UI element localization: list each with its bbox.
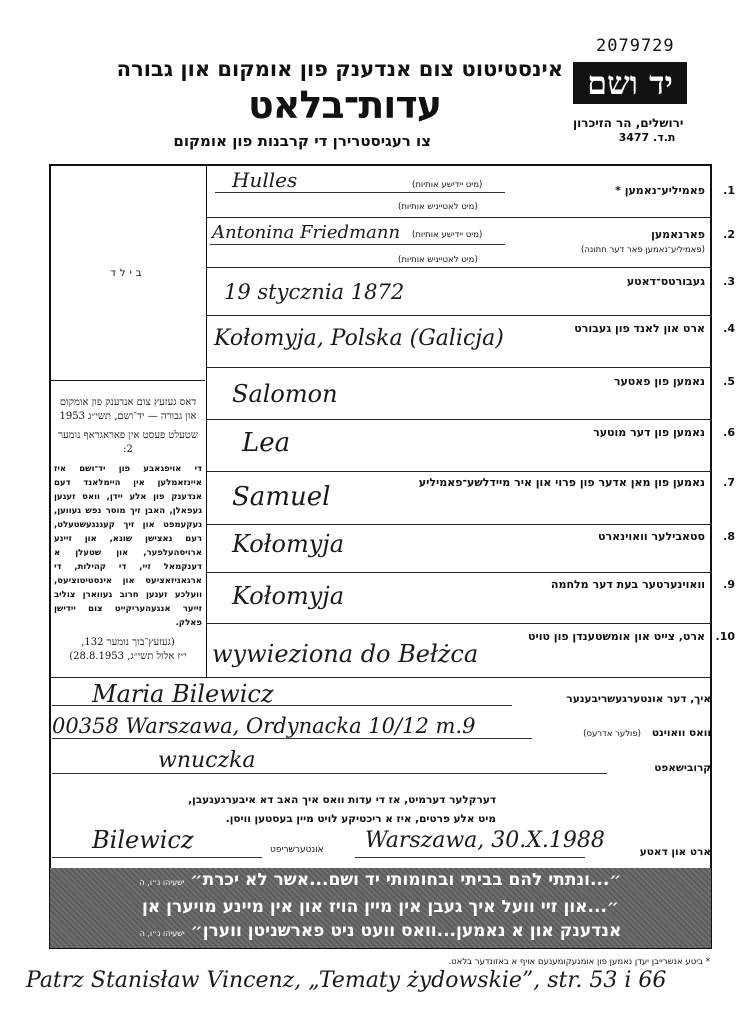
declarant-address-underline — [52, 738, 532, 739]
law-citation-2: י״ז אלול תשי״ג, 28.8.1953) — [54, 650, 202, 664]
place-date-underline — [355, 857, 585, 858]
field-10-divider — [49, 677, 712, 678]
field-7-divider — [207, 472, 712, 525]
declarant-address-hint: (פולער אדרעס) — [583, 729, 641, 739]
law-text-panel: דאס געזעץ צום אנדענק פון אומקום און גבור… — [54, 396, 202, 663]
address-line-2: ת.ד. 3477 — [592, 131, 702, 144]
page-title: עדות־בלאט — [248, 83, 441, 127]
declaration-statement-2: מיט אלע פרטים, איז א ריכטיקע לויט מיין ב… — [226, 813, 496, 825]
declarant-relation-label: קרובישאפט — [654, 762, 711, 774]
field-1-divider — [207, 166, 712, 218]
field-6-divider — [207, 420, 712, 472]
declaration-statement-1: דערקלער דערמיט, אז די עדות וואס איך האב … — [188, 794, 496, 806]
banner-line-3: אנדענק און א נאמען...וואס וועט ניט פארשנ… — [50, 919, 711, 946]
field-5-divider — [207, 368, 712, 420]
address-line-1: ירושלים, הר הזיכרון — [573, 116, 723, 130]
place-date-value[interactable]: Warszawa, 30.X.1988 — [365, 828, 605, 853]
declarant-address-label: וואס וואוינט — [652, 727, 711, 739]
institute-name: אינסטיטוט צום אנדענק פון אומקום און גבור… — [117, 57, 563, 81]
field-3-divider — [207, 268, 712, 316]
signature-underline — [52, 857, 262, 858]
declarant-address-value[interactable]: 00358 Warszawa, Ordynacka 10/12 m.9 — [52, 714, 475, 738]
banner-line-1: ״...ונתתי להם בביתי ובחומותי יד ושם...אש… — [50, 868, 711, 895]
field-4-divider — [207, 316, 712, 368]
declarant-name-value[interactable]: Maria Bilewicz — [92, 680, 273, 708]
yad-vashem-logo: יד ושם — [573, 62, 687, 104]
field-8-divider — [207, 525, 712, 573]
law-citation-1: (געזעץ־בוך נומער 132, — [54, 636, 202, 650]
banner-line-2: ״...און זיי וועל איך געבן אין מיין הויז … — [50, 895, 711, 919]
yad-vashem-quote-banner: ״...ונתתי להם בביתי ובחומותי יד ושם...אש… — [50, 868, 711, 948]
declarant-name-label: איך, דער אונטערגעשריבענער — [566, 693, 711, 705]
place-date-label: ארט און דאטע — [640, 846, 711, 858]
signature-label: אונטערשריפט — [270, 845, 324, 855]
field-9-divider — [207, 573, 712, 624]
declarant-relation-underline — [52, 773, 607, 774]
field-10-value[interactable]: wywieziona do Bełżca — [212, 640, 478, 668]
document-serial-number: 2079729 — [596, 36, 675, 56]
field-2-divider — [207, 218, 712, 268]
declarant-relation-value[interactable]: wnuczka — [158, 748, 256, 773]
photo-box: בילד — [51, 166, 205, 381]
page-subtitle: צו רעגיסטרירן די קרבנות פון אומקום — [173, 132, 431, 150]
law-paragraph-1: דאס געזעץ צום אנדענק פון אומקום און גבור… — [54, 396, 202, 423]
law-paragraph-3: די אויפגאבע פון יד־ושם איז איינזאמלען אי… — [54, 462, 202, 630]
field-10-label: 10.ארט, צייט און אומשטענדן פון טויט — [528, 630, 735, 643]
photo-label: בילד — [110, 268, 145, 279]
handwritten-source-note: Patrz Stanisław Vincenz, „Tematy żydowsk… — [26, 968, 666, 993]
signature-value[interactable]: Bilewicz — [92, 826, 194, 854]
footnote: * ביטע אנשרייבן יעדן נאמען פון אומגעקומע… — [230, 957, 710, 967]
law-paragraph-2: שטעלט פעסט אין פאראגראף נומער 2: — [54, 429, 202, 456]
